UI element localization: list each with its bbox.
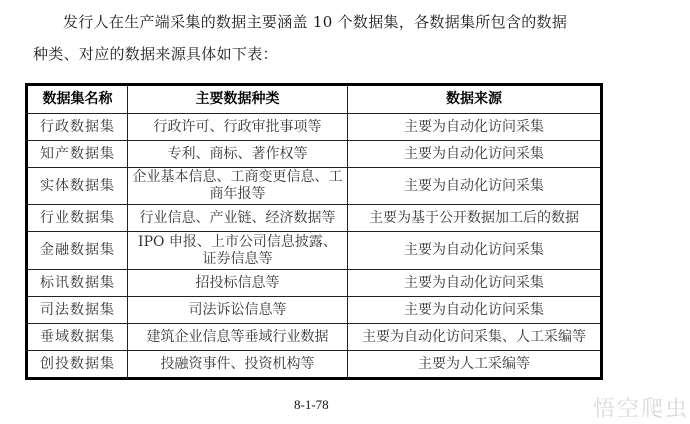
- data-types: 招投标信息等: [128, 270, 348, 297]
- dataset-name: 创投数据集: [27, 351, 128, 379]
- table-row: 创投数据集 投融资事件、投资机构等 主要为人工采编等: [27, 351, 602, 379]
- data-source: 主要为人工采编等: [348, 351, 602, 379]
- data-types: 专利、商标、著作权等: [128, 141, 348, 168]
- header-data-types: 主要数据种类: [128, 85, 348, 114]
- data-source: 主要为基于公开数据加工后的数据: [348, 205, 602, 232]
- intro-paragraph-line-1: 发行人在生产端采集的数据主要涵盖 10 个数据集，各数据集所包含的数据: [63, 12, 643, 32]
- table-row: 行业数据集 行业信息、产业链、经济数据等 主要为基于公开数据加工后的数据: [27, 205, 602, 232]
- data-types: 司法诉讼信息等: [128, 297, 348, 324]
- watermark: 悟空爬虫: [593, 392, 689, 423]
- table-row: 标讯数据集 招投标信息等 主要为自动化访问采集: [27, 270, 602, 297]
- page-number: 8-1-78: [294, 397, 329, 413]
- header-data-source: 数据来源: [348, 85, 602, 114]
- data-source: 主要为自动化访问采集: [348, 270, 602, 297]
- dataset-name: 知产数据集: [27, 141, 128, 168]
- dataset-name: 实体数据集: [27, 168, 128, 205]
- table-row: 行政数据集 行政许可、行政审批事项等 主要为自动化访问采集: [27, 114, 602, 141]
- dataset-name: 司法数据集: [27, 297, 128, 324]
- data-source: 主要为自动化访问采集: [348, 297, 602, 324]
- header-dataset-name: 数据集名称: [27, 85, 128, 114]
- dataset-table: 数据集名称 主要数据种类 数据来源 行政数据集 行政许可、行政审批事项等 主要为…: [25, 83, 603, 380]
- dataset-name: 金融数据集: [27, 232, 128, 270]
- data-source: 主要为自动化访问采集: [348, 168, 602, 205]
- dataset-name: 行政数据集: [27, 114, 128, 141]
- table-row: 实体数据集 企业基本信息、工商变更信息、工商年报等 主要为自动化访问采集: [27, 168, 602, 205]
- data-types: 建筑企业信息等垂域行业数据: [128, 324, 348, 351]
- table-row: 司法数据集 司法诉讼信息等 主要为自动化访问采集: [27, 297, 602, 324]
- data-types: 行业信息、产业链、经济数据等: [128, 205, 348, 232]
- data-source: 主要为自动化访问采集: [348, 114, 602, 141]
- dataset-name: 标讯数据集: [27, 270, 128, 297]
- table-row: 金融数据集 IPO 申报、上市公司信息披露、证券信息等 主要为自动化访问采集: [27, 232, 602, 270]
- data-types: 行政许可、行政审批事项等: [128, 114, 348, 141]
- table-header-row: 数据集名称 主要数据种类 数据来源: [27, 85, 602, 114]
- data-types: 投融资事件、投资机构等: [128, 351, 348, 379]
- data-types: 企业基本信息、工商变更信息、工商年报等: [128, 168, 348, 205]
- table-row: 知产数据集 专利、商标、著作权等 主要为自动化访问采集: [27, 141, 602, 168]
- intro-paragraph-line-2: 种类、对应的数据来源具体如下表：: [33, 44, 613, 64]
- data-source: 主要为自动化访问采集、人工采编等: [348, 324, 602, 351]
- table-row: 垂域数据集 建筑企业信息等垂域行业数据 主要为自动化访问采集、人工采编等: [27, 324, 602, 351]
- data-types: IPO 申报、上市公司信息披露、证券信息等: [128, 232, 348, 270]
- dataset-name: 垂域数据集: [27, 324, 128, 351]
- data-source: 主要为自动化访问采集: [348, 232, 602, 270]
- data-source: 主要为自动化访问采集: [348, 141, 602, 168]
- dataset-name: 行业数据集: [27, 205, 128, 232]
